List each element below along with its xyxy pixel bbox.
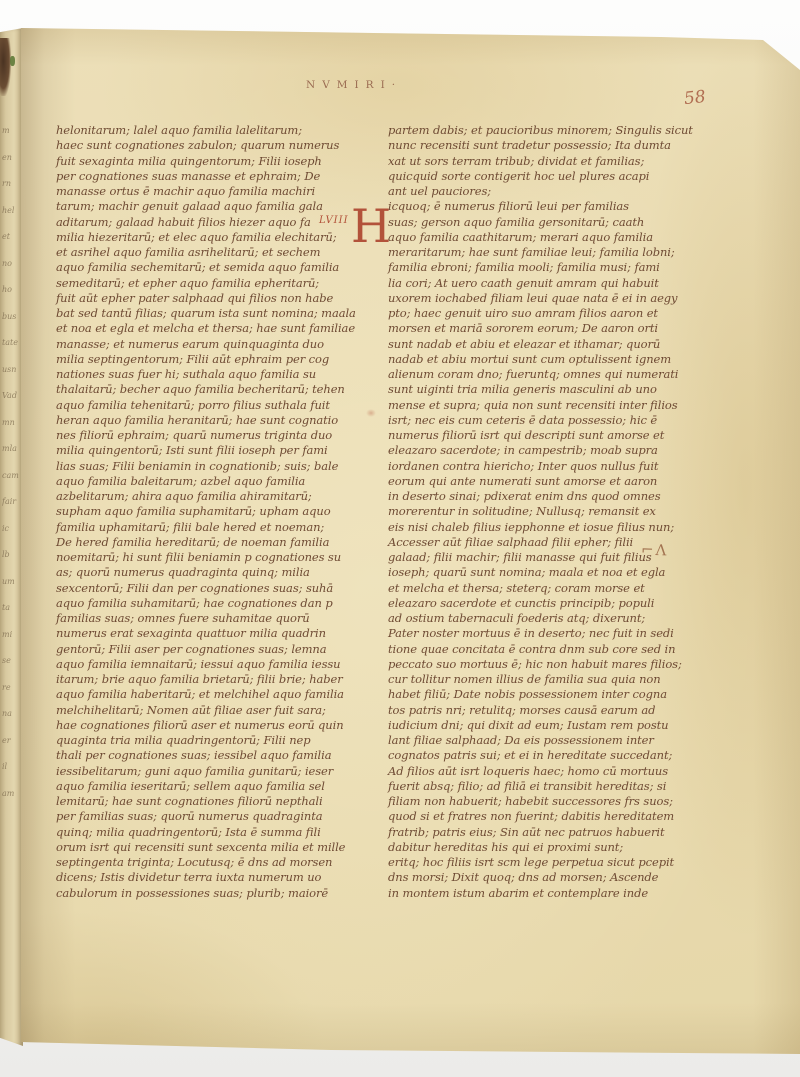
text-line: familias suas; omnes fuere suhamitae quo… [56, 611, 372, 626]
text-line: pto; haec genuit uiro suo amram filios a… [388, 306, 708, 321]
text-line: per familias suas; quorū numerus quadrag… [56, 809, 372, 824]
text-line: isrt; nec eis cum ceteris ē data possess… [388, 413, 708, 428]
text-line: thali per cognationes suas; iessibel aqu… [56, 748, 372, 763]
red-ink-smudge [366, 409, 376, 417]
spine-fragment: hel [2, 204, 22, 217]
text-line: alienum coram dno; fueruntq; omnes qui n… [388, 367, 708, 382]
text-line: sexcentorū; Filii dan per cognationes su… [56, 581, 372, 596]
spine-fragment: lb [2, 548, 22, 561]
text-line: fratrib; patris eius; Sin aūt nec patruo… [388, 825, 708, 840]
text-line: dabitur hereditas his qui ei proximi sun… [388, 840, 708, 855]
text-line: dns morsi; Dixit quoq; dns ad morsen; As… [388, 870, 708, 885]
text-line: morsen et mariā sororem eorum; De aaron … [388, 321, 708, 336]
text-line: bat sed tantū filias; quarum ista sunt n… [56, 306, 372, 321]
text-line: aquo familia tehenitarū; porro filius su… [56, 398, 372, 413]
text-line: aquo familia sechemitarū; et semida aquo… [56, 260, 372, 275]
text-line: gentorū; Filii aser per cognationes suas… [56, 642, 372, 657]
parchment-page: NVMIRI· 58 58 helonitarum; lalel aquo fa… [21, 24, 800, 1054]
text-line: numerus filiorū isrt qui descripti sunt … [388, 428, 708, 443]
text-line: sunt uiginti tria milia generis masculin… [388, 382, 708, 397]
text-line: nunc recensiti sunt tradetur possessio; … [388, 138, 708, 153]
text-line: Ad filios aūt isrt loqueris haec; homo c… [388, 764, 708, 779]
text-line: xat ut sors terram tribub; dividat et fa… [388, 154, 708, 169]
text-line: azbelitarum; ahira aquo familia ahiramit… [56, 489, 372, 504]
text-line: familia uphamitarū; filii bale hered et … [56, 520, 372, 535]
text-line: supham aquo familia suphamitarū; upham a… [56, 504, 372, 519]
text-line: fuit aūt epher pater salphaad qui filios… [56, 291, 372, 306]
text-line: aquo familia suhamitarū; hae cognationes… [56, 596, 372, 611]
text-line: tione quae concitata ē contra dnm sub co… [388, 642, 708, 657]
text-line: meraritarum; hae sunt familiae leui; fam… [388, 245, 708, 260]
spine-fragment: mi [2, 628, 22, 641]
text-line: lant filiae salphaad; Da eis possessione… [388, 733, 708, 748]
folio-number-ink: 58 [683, 87, 707, 109]
spine-fragment: bus [2, 310, 22, 323]
spine-fragment: um [2, 575, 22, 588]
text-line: helonitarum; lalel aquo familia lalelita… [56, 123, 372, 138]
text-line: lia cori; At uero caath genuit amram qui… [388, 276, 708, 291]
text-line: eleazaro sacerdote et cunctis principib;… [388, 596, 708, 611]
text-line: eleazaro sacerdote; in campestrib; moab … [388, 443, 708, 458]
spine-fragment: ic [2, 522, 22, 535]
text-line: mense et supra; quia non sunt recensiti … [388, 398, 708, 413]
text-line: De hered familia hereditarū; de noeman f… [56, 535, 372, 550]
text-line: uxorem iochabed filiam leui quae nata ē … [388, 291, 708, 306]
text-line: habet filiū; Date nobis possessionem int… [388, 687, 708, 702]
text-line: semeditarū; et epher aquo familia epheri… [56, 276, 372, 291]
text-line: et noa et egla et melcha et thersa; hae … [56, 321, 372, 336]
text-line: haec sunt cognationes zabulon; quarum nu… [56, 138, 372, 153]
text-line: cur tollitur nomen illius de familia sua… [388, 672, 708, 687]
text-line: peccato suo mortuus ē; hic non habuit ma… [388, 657, 708, 672]
text-line: per cognationes suas manasse et ephraim;… [56, 169, 372, 184]
text-line: suas; gerson aquo familia gersonitarū; c… [388, 215, 708, 230]
text-line: aquo familia baleitarum; azbel aquo fami… [56, 474, 372, 489]
text-line: Pater noster mortuus ē in deserto; nec f… [388, 626, 708, 641]
text-line: morerentur in solitudine; Nullusq; reman… [388, 504, 708, 519]
text-line: milia quingentorū; Isti sunt filii iosep… [56, 443, 372, 458]
spine-fragment: se [2, 654, 22, 667]
text-line: numerus erat sexaginta quattuor milia qu… [56, 626, 372, 641]
manuscript-photo: { "page": { "running_title": "NVMIRI·", … [0, 0, 800, 1077]
text-line: itarum; brie aquo familia brietarū; fili… [56, 672, 372, 687]
spine-fragment: cam [2, 469, 22, 482]
spine-fragment: ta [2, 601, 22, 614]
text-line: aquo familia ieseritarū; sellem aquo fam… [56, 779, 372, 794]
spine-fragment: mn [2, 416, 22, 429]
spine-fragment: tate [2, 336, 22, 349]
text-line: ioseph; quarū sunt nomina; maala et noa … [388, 565, 708, 580]
binding-spot [0, 38, 11, 96]
text-line: lemitarū; hae sunt cognationes filiorū n… [56, 794, 372, 809]
spine-fragment: Vad [2, 389, 22, 402]
spine-fragment: en [2, 151, 22, 164]
text-line: as; quorū numerus quadraginta quinq; mil… [56, 565, 372, 580]
text-line: heran aquo familia heranitarū; hae sunt … [56, 413, 372, 428]
text-line: hae cognationes filiorū aser et numerus … [56, 718, 372, 733]
spine-fragment: m [2, 124, 22, 137]
text-line: nes filiorū ephraim; quarū numerus trigi… [56, 428, 372, 443]
folio-number-pencil: 58 [752, 29, 766, 42]
text-line: nationes suas fuer hi; suthala aquo fami… [56, 367, 372, 382]
spine-fragment: rn [2, 177, 22, 190]
text-line: quaginta tria milia quadringentorū; Fili… [56, 733, 372, 748]
spine-leaf-edges: menrnheletnohobustateusnVadmnmlacamfairi… [0, 28, 23, 1046]
text-line: septingenta triginta; Locutusq; ē dns ad… [56, 855, 372, 870]
text-column-right: partem dabis; et paucioribus minorem; Si… [388, 123, 708, 901]
text-line: tos patris nri; retulitq; morses causā e… [388, 703, 708, 718]
text-line: eorum qui ante numerati sunt amorse et a… [388, 474, 708, 489]
text-line: familia ebroni; familia mooli; familia m… [388, 260, 708, 275]
spine-fragment: et [2, 230, 22, 243]
text-line: fuerit absq; filio; ad filiā ei transibi… [388, 779, 708, 794]
spine-fragment: fair [2, 495, 22, 508]
binding-thread [10, 56, 15, 66]
text-line: milia hiezeritarū; et elec aquo familia … [56, 230, 372, 245]
text-line: in montem istum abarim et contemplare in… [388, 886, 708, 901]
text-line: quinq; milia quadringentorū; Ista ē summ… [56, 825, 372, 840]
text-line: eritq; hoc filiis isrt scm lege perpetua… [388, 855, 708, 870]
text-column-left: helonitarum; lalel aquo familia lalelita… [56, 123, 372, 901]
running-title: NVMIRI· [306, 79, 402, 91]
text-line: dicens; Istis dividetur terra iuxta nume… [56, 870, 372, 885]
text-line: aquo familia haberitarū; et melchihel aq… [56, 687, 372, 702]
text-line: quod si et fratres non fuerint; dabitis … [388, 809, 708, 824]
spine-fragment: il [2, 760, 22, 773]
text-line: lias suas; Filii beniamin in cognationib… [56, 459, 372, 474]
text-line: fuit sexaginta milia quingentorum; Filii… [56, 154, 372, 169]
spine-fragment: usn [2, 363, 22, 376]
text-line: aquo familia iemnaitarū; iessui aquo fam… [56, 657, 372, 672]
text-line: manasse; et numerus earum quinquaginta d… [56, 337, 372, 352]
text-line: iudicium dni; qui dixit ad eum; Iustam r… [388, 718, 708, 733]
text-line: quicquid sorte contigerit hoc uel plures… [388, 169, 708, 184]
text-line: manasse ortus ē machir aquo familia mach… [56, 184, 372, 199]
text-line: icquoq; ē numerus filiorū leui per famil… [388, 199, 708, 214]
text-line: noemitarū; hi sunt filii beniamin p cogn… [56, 550, 372, 565]
text-line: et asrihel aquo familia asrihelitarū; et… [56, 245, 372, 260]
text-line: partem dabis; et paucioribus minorem; Si… [388, 123, 708, 138]
text-line: orum isrt qui recensiti sunt sexcenta mi… [56, 840, 372, 855]
text-line: iessibelitarum; guni aquo familia gunita… [56, 764, 372, 779]
text-line: iordanen contra hiericho; Inter quos nul… [388, 459, 708, 474]
margin-quire-mark: ⌐Λ [641, 541, 669, 560]
text-line: cognatos patris sui; et ei in hereditate… [388, 748, 708, 763]
spine-text-fragments: menrnheletnohobustateusnVadmnmlacamfairi… [2, 124, 22, 800]
text-line: ant uel pauciores; [388, 184, 708, 199]
text-line: in deserto sinai; pdixerat enim dns quod… [388, 489, 708, 504]
spine-fragment: am [2, 787, 22, 800]
spine-fragment: er [2, 734, 22, 747]
text-line: nadab et abiu mortui sunt cum optulissen… [388, 352, 708, 367]
text-line: et melcha et thersa; steterq; coram mors… [388, 581, 708, 596]
rubricated-initial: H [351, 203, 391, 249]
text-line: cabulorum in possessiones suas; plurib; … [56, 886, 372, 901]
text-line: melchihelitarū; Nomen aūt filiae aser fu… [56, 703, 372, 718]
spine-fragment: re [2, 681, 22, 694]
spine-fragment: na [2, 707, 22, 720]
text-line: milia septingentorum; Filii aūt ephraim … [56, 352, 372, 367]
spine-fragment: no [2, 257, 22, 270]
text-line: ad ostium tabernaculi foederis atq; dixe… [388, 611, 708, 626]
text-line: aquo familia caathitarum; merari aquo fa… [388, 230, 708, 245]
text-line: filiam non habuerit; habebit successores… [388, 794, 708, 809]
spine-fragment: mla [2, 442, 22, 455]
text-line: tarum; machir genuit galaad aquo familia… [56, 199, 372, 214]
chapter-numeral: LVIII [319, 215, 349, 226]
text-line: thalaitarū; becher aquo familia becherit… [56, 382, 372, 397]
text-line: eis nisi chaleb filius iepphonne et iosu… [388, 520, 708, 535]
spine-fragment: ho [2, 283, 22, 296]
text-line: sunt nadab et abiu et eleazar et ithamar… [388, 337, 708, 352]
